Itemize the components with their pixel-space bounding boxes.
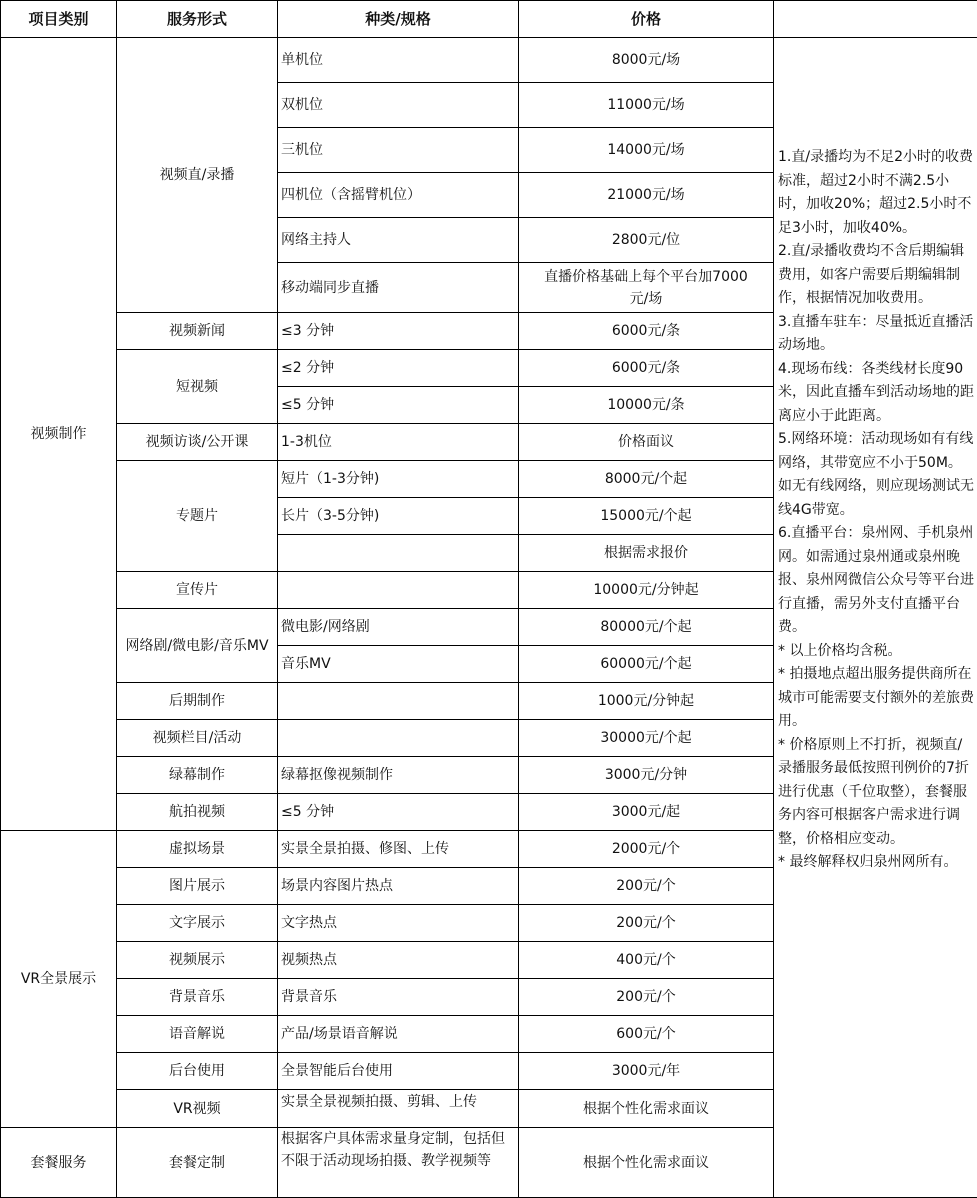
header-category: 项目类别 [1,1,117,38]
category-video: 视频制作 [1,38,117,831]
service-cell: 后台使用 [117,1053,278,1090]
price-cell: 600元/个 [519,1016,774,1053]
price-cell: 30000元/个起 [519,720,774,757]
spec-cell: 视频热点 [278,942,519,979]
service-cell: VR视频 [117,1090,278,1128]
price-cell: 21000元/场 [519,173,774,218]
spec-cell: ≤5 分钟 [278,387,519,424]
price-cell: 10000元/分钟起 [519,572,774,609]
table-row: 视频制作 视频直/录播 单机位 8000元/场 1.直/录播均为不足2小时的收费… [1,38,977,83]
spec-cell: 微电影/网络剧 [278,609,519,646]
price-cell: 15000元/个起 [519,498,774,535]
header-price: 价格 [519,1,774,38]
price-cell: 2000元/个 [519,831,774,868]
spec-cell [278,535,519,572]
spec-cell: 文字热点 [278,905,519,942]
spec-cell: 三机位 [278,128,519,173]
price-cell: 200元/个 [519,905,774,942]
spec-cell: 四机位（含摇臂机位） [278,173,519,218]
spec-cell [278,720,519,757]
spec-cell: 移动端同步直播 [278,263,519,313]
spec-cell: ≤3 分钟 [278,313,519,350]
spec-cell: ≤2 分钟 [278,350,519,387]
header-spec: 种类/规格 [278,1,519,38]
service-cell: 文字展示 [117,905,278,942]
price-cell: 200元/个 [519,979,774,1016]
category-package: 套餐服务 [1,1128,117,1198]
price-cell: 10000元/条 [519,387,774,424]
price-cell: 400元/个 [519,942,774,979]
header-service: 服务形式 [117,1,278,38]
spec-cell: 绿幕抠像视频制作 [278,757,519,794]
service-cell: 视频新闻 [117,313,278,350]
spec-cell: 全景智能后台使用 [278,1053,519,1090]
service-cell: 航拍视频 [117,794,278,831]
header-notes [774,1,977,38]
spec-cell: 音乐MV [278,646,519,683]
spec-cell: 网络主持人 [278,218,519,263]
price-cell: 60000元/个起 [519,646,774,683]
price-cell: 3000元/分钟 [519,757,774,794]
service-cell: 套餐定制 [117,1128,278,1198]
price-cell: 价格面议 [519,424,774,461]
price-cell: 8000元/个起 [519,461,774,498]
spec-cell: 根据客户具体需求量身定制，包括但不限于活动现场拍摄、教学视频等 [278,1128,518,1197]
service-cell: 后期制作 [117,683,278,720]
spec-cell: 实景全景视频拍摄、剪辑、上传 [278,1090,518,1127]
price-cell: 11000元/场 [519,83,774,128]
price-cell: 200元/个 [519,868,774,905]
spec-cell: 1-3机位 [278,424,519,461]
header-row: 项目类别 服务形式 种类/规格 价格 [1,1,977,38]
spec-cell-wrap: 实景全景视频拍摄、剪辑、上传 [278,1090,519,1128]
service-cell: 宣传片 [117,572,278,609]
spec-cell: 产品/场景语音解说 [278,1016,519,1053]
service-cell: 专题片 [117,461,278,572]
service-cell: 绿幕制作 [117,757,278,794]
spec-cell: 背景音乐 [278,979,519,1016]
price-cell: 根据个性化需求面议 [519,1090,774,1128]
service-cell: 网络剧/微电影/音乐MV [117,609,278,683]
spec-cell [278,572,519,609]
price-cell: 2800元/位 [519,218,774,263]
price-cell: 1000元/分钟起 [519,683,774,720]
spec-cell-wrap: 根据客户具体需求量身定制，包括但不限于活动现场拍摄、教学视频等 [278,1128,519,1198]
spec-cell: ≤5 分钟 [278,794,519,831]
service-cell: 虚拟场景 [117,831,278,868]
spec-cell [278,683,519,720]
service-cell: 视频直/录播 [117,38,278,313]
spec-cell: 单机位 [278,38,519,83]
price-cell: 根据需求报价 [519,535,774,572]
category-vr: VR全景展示 [1,831,117,1128]
service-cell: 语音解说 [117,1016,278,1053]
price-cell: 根据个性化需求面议 [519,1128,774,1198]
spec-cell: 实景全景拍摄、修图、上传 [278,831,519,868]
spec-cell: 双机位 [278,83,519,128]
price-cell: 80000元/个起 [519,609,774,646]
spec-cell: 长片（3-5分钟) [278,498,519,535]
service-cell: 视频展示 [117,942,278,979]
price-cell: 直播价格基础上每个平台加7000元/场 [519,263,774,313]
price-cell: 3000元/年 [519,1053,774,1090]
service-cell: 背景音乐 [117,979,278,1016]
service-cell: 图片展示 [117,868,278,905]
service-cell: 视频访谈/公开课 [117,424,278,461]
notes-cell: 1.直/录播均为不足2小时的收费标准，超过2小时不满2.5小时，加收20%；超过… [774,38,977,1198]
price-table: 项目类别 服务形式 种类/规格 价格 视频制作 视频直/录播 单机位 8000元… [0,0,977,1197]
spec-cell: 短片（1-3分钟) [278,461,519,498]
price-cell: 14000元/场 [519,128,774,173]
service-cell: 视频栏目/活动 [117,720,278,757]
price-cell: 8000元/场 [519,38,774,83]
service-cell: 短视频 [117,350,278,424]
price-cell: 6000元/条 [519,350,774,387]
price-cell: 3000元/起 [519,794,774,831]
spec-cell: 场景内容图片热点 [278,868,519,905]
price-cell: 6000元/条 [519,313,774,350]
